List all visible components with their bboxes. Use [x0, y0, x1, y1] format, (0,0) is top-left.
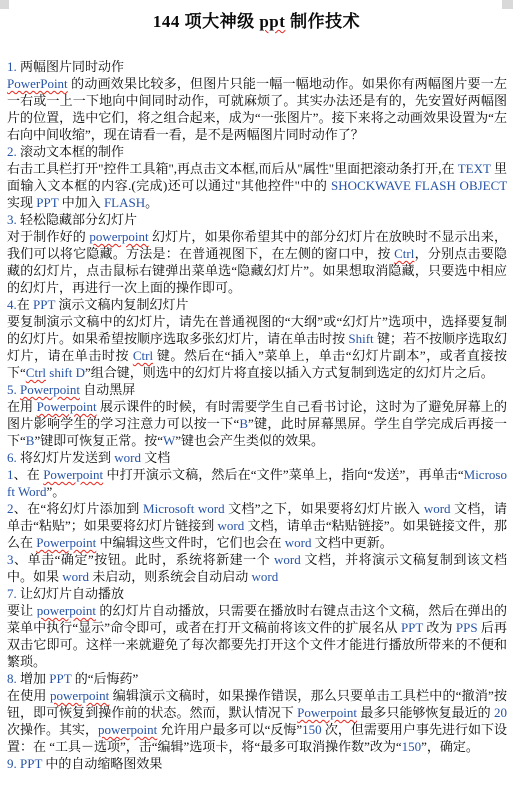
latin-text: PPS	[456, 620, 478, 635]
latin-text: TEXT	[458, 161, 491, 176]
latin-text: word	[274, 552, 301, 567]
text-run: 未启动，则系统会自动启动	[89, 569, 252, 584]
document-body: 1. 两幅图片同时动作PowerPoint 的动画效果比较多，但图片只能一幅一幅…	[0, 58, 513, 772]
latin-text: PPT	[49, 671, 71, 686]
text-run: 轻松隐藏部分幻灯片	[20, 212, 137, 227]
latin-text: 7.	[7, 586, 20, 601]
latin-text: 2.	[7, 144, 20, 159]
spellcheck-word: ppt	[259, 12, 285, 31]
latin-text: SHOCKWAVE FLASH OBJECT	[331, 178, 507, 193]
spellcheck-word: Ctrl	[133, 348, 153, 363]
text-run: 、在“将幻灯片添加到	[14, 501, 144, 516]
window-fragment-right	[502, 0, 513, 9]
document-title: 144 项大神级 ppt 制作技术	[0, 11, 513, 33]
latin-text: word	[114, 450, 141, 465]
text-run: 、单击“确定”按钮。此时，系统将新建一个	[14, 552, 275, 567]
spellcheck-word: powerpoint	[98, 722, 157, 737]
spellcheck-word: powerpoint	[37, 603, 96, 618]
paragraph: PowerPoint 的动画效果比较多，但图片只能一幅一幅地动作。如果你有两幅图…	[7, 75, 507, 143]
text-run: 演示文稿内复制幻灯片	[55, 297, 188, 312]
section-heading: 2. 滚动文本框的制作	[7, 143, 507, 160]
spellcheck-word: powerpoint	[50, 688, 109, 703]
spellcheck-word: Ctrl	[394, 246, 414, 261]
paragraph: 在用 Powerpoint 展示课件的时候，有时需要学生自己看书讨论，这时为了避…	[7, 398, 507, 449]
latin-text: W	[163, 433, 175, 448]
latin-text: PPT	[33, 297, 55, 312]
text-run: 允许用户最多可以“反悔”	[157, 722, 302, 737]
text-run: 让幻灯片自动播放	[20, 586, 124, 601]
paragraph: 对于制作好的 powerpoint 幻灯片，如果你希望其中的部分幻灯片在放映时不…	[7, 228, 507, 296]
text-run: 两幅图片同时动作	[20, 59, 124, 74]
latin-text: word	[424, 501, 451, 516]
paragraph: 1、在 Powerpoint 中打开演示文稿，然后在“文件”菜单上，指向“发送”…	[7, 466, 507, 500]
spellcheck-word: Powerpoint	[20, 382, 80, 397]
latin-text: 5.	[7, 382, 20, 397]
text-run: 在用	[7, 399, 37, 414]
latin-text: PPT	[401, 620, 423, 635]
text-run: 中编辑这些文件时，它们也会在	[96, 535, 285, 550]
text-run: 的“后悔药”	[71, 671, 138, 686]
text-run: 中加入	[58, 195, 104, 210]
document-page: 144 项大神级 ppt 制作技术 1. 两幅图片同时动作PowerPoint …	[0, 0, 513, 789]
text-run: 的动画效果比较多，但图片只能一幅一幅地动作。如果你有两幅图片要一左一右或一上一下…	[7, 76, 507, 142]
text-run: 中打开演示文稿，然后在“文件”菜单上，指向“发送”，再单击“	[103, 467, 463, 482]
latin-text: shift D	[46, 365, 85, 380]
text-run: 文档中更新。	[311, 535, 392, 550]
latin-text: 6.	[7, 450, 20, 465]
spellcheck-word: Powerpoint	[36, 535, 96, 550]
section-heading: 3. 轻松隐藏部分幻灯片	[7, 211, 507, 228]
text-run: 在使用	[7, 688, 50, 703]
text-run: 在	[17, 297, 33, 312]
section-heading: 6. 将幻灯片发送到 word 文档	[7, 449, 507, 466]
text-run: 滚动文本框的制作	[20, 144, 124, 159]
text-run: 文档”之下，如果要将幻灯片嵌入	[225, 501, 424, 516]
paragraph: 右击工具栏打开"控件工具箱",再点击文本框,而后从"属性"里面把滚动条打开,在 …	[7, 160, 507, 211]
text-run: 文档	[141, 450, 170, 465]
latin-text: 1.	[7, 59, 20, 74]
text-run: ”，确定。	[421, 739, 479, 754]
paragraph: 3、单击“确定”按钮。此时，系统将新建一个 word 文档，并将演示文稿复制到该…	[7, 551, 507, 585]
spellcheck-word: Powerpoint	[37, 399, 97, 414]
text-run: 要让	[7, 603, 37, 618]
spellcheck-word: powerpoint	[89, 229, 148, 244]
latin-text: PPT	[36, 195, 58, 210]
latin-text: Shift	[348, 331, 373, 346]
latin-text: 150	[302, 722, 322, 737]
latin-text: PPT	[20, 756, 42, 771]
window-fragment-left	[0, 0, 9, 9]
paragraph: 2、在“将幻灯片添加到 Microsoft word 文档”之下，如果要将幻灯片…	[7, 500, 507, 551]
paragraph: 要让 powerpoint 的幻灯片自动播放，只需要在播放时右键点击这个文稿，然…	[7, 602, 507, 670]
latin-text: Microsoft word	[143, 501, 225, 516]
paragraph: 在使用 powerpoint 编辑演示文稿时，如果操作错误，那么只要单击工具栏中…	[7, 687, 507, 755]
latin-text: FLASH	[104, 195, 145, 210]
text-run: 对于制作好的	[7, 229, 89, 244]
latin-text: 9.	[7, 756, 20, 771]
spellcheck-word: Ctrl	[26, 365, 46, 380]
text-run: 144 项大神级	[153, 12, 260, 31]
spellcheck-word: PowerPoint	[7, 76, 68, 91]
latin-text: 8.	[7, 671, 20, 686]
text-run: 。	[145, 195, 158, 210]
latin-text: 20	[494, 705, 507, 720]
section-heading: 4.在 PPT 演示文稿内复制幻灯片	[7, 296, 507, 313]
latin-text: 4.	[7, 297, 17, 312]
text-run: ”键即可恢复正常。按“	[34, 433, 163, 448]
text-run: 将幻灯片发送到	[20, 450, 114, 465]
section-heading: 1. 两幅图片同时动作	[7, 58, 507, 75]
latin-text: 150	[402, 739, 422, 754]
text-run: 、在	[14, 467, 44, 482]
latin-text: B	[239, 416, 248, 431]
text-run: 改为	[423, 620, 456, 635]
latin-text: 3.	[7, 212, 20, 227]
text-run: 实现	[7, 195, 36, 210]
text-run: ”。	[47, 484, 66, 499]
text-run: 最多只能够恢复最近的	[357, 705, 494, 720]
text-run: 中的自动缩略图效果	[42, 756, 162, 771]
section-heading: 5. Powerpoint 自动黑屏	[7, 381, 507, 398]
latin-text: word	[252, 569, 279, 584]
paragraph: 要复制演示文稿中的幻灯片，请先在普通视图的“大纲”或“幻灯片”选项中，选择要复制…	[7, 313, 507, 381]
latin-text: word	[285, 535, 312, 550]
text-run: 增加	[20, 671, 49, 686]
text-run: 次操作。其实，	[7, 722, 98, 737]
latin-text: word	[218, 518, 245, 533]
spellcheck-word: Powerpoint	[43, 467, 103, 482]
spellcheck-word: Powerpoint	[297, 705, 357, 720]
section-heading: 8. 增加 PPT 的“后悔药”	[7, 670, 507, 687]
text-run: 制作技术	[285, 12, 360, 31]
text-run: ”键也会产生类似的效果。	[175, 433, 324, 448]
text-run: ”组合键，则选中的幻灯片将直接以插入方式复制到选定的幻灯片之后。	[85, 365, 494, 380]
latin-text: word	[62, 569, 89, 584]
section-heading: 9. PPT 中的自动缩略图效果	[7, 755, 507, 772]
text-run: 右击工具栏打开"控件工具箱",再点击文本框,而后从"属性"里面把滚动条打开,在	[7, 161, 458, 176]
text-run: 自动黑屏	[80, 382, 135, 397]
section-heading: 7. 让幻灯片自动播放	[7, 585, 507, 602]
